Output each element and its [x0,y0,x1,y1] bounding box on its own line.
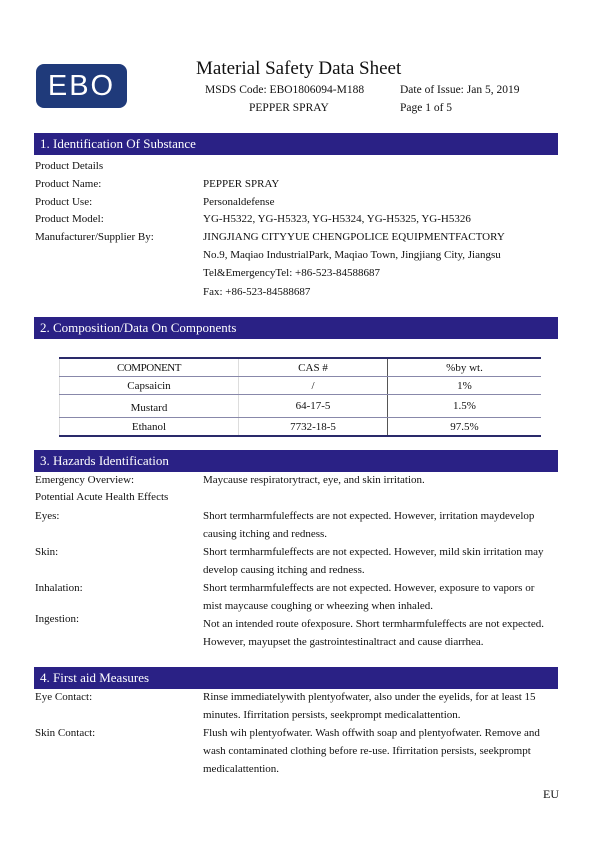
table-row: Ethanol 7732-18-5 97.5% [60,418,542,437]
eyes-text-1: Short termharmfuleffects are not expecte… [203,510,534,522]
cell-weight: 1% [388,377,542,395]
skin-contact-label: Skin Contact: [35,727,95,739]
product-use-label: Product Use: [35,196,92,208]
ingestion-text-1: Not an intended route ofexposure. Short … [203,618,544,630]
cell-component: Capsaicin [60,377,239,395]
header-weight: %by wt. [388,358,542,377]
region-label: EU [543,787,559,802]
skin-contact-text-1: Flush wih plentyofwater. Wash offwith so… [203,727,540,739]
inhalation-label: Inhalation: [35,582,83,594]
eyes-text-2: causing itching and redness. [203,528,327,540]
emergency-overview-label: Emergency Overview: [35,474,134,486]
document-title: Material Safety Data Sheet [196,58,401,80]
page-number: Page 1 of 5 [400,102,452,114]
msds-code: MSDS Code: EBO1806094-M188 [205,84,364,96]
cell-component: Ethanol [60,418,239,437]
inhalation-text-1: Short termharmfuleffects are not expecte… [203,582,534,594]
manufacturer-tel: Tel&EmergencyTel: +86-523-84588687 [203,267,380,279]
cell-cas: 64-17-5 [239,395,388,418]
cell-cas: 7732-18-5 [239,418,388,437]
manufacturer-fax: Fax: +86-523-84588687 [203,286,310,298]
skin-contact-text-3: medicalattention. [203,763,279,775]
product-name-value: PEPPER SPRAY [203,178,279,190]
emergency-overview-value: Maycause respiratorytract, eye, and skin… [203,474,425,486]
section-3-header: 3. Hazards Identification [34,450,558,472]
section-4-header: 4. First aid Measures [34,667,558,689]
ingestion-text-2: However, mayupset the gastrointestinaltr… [203,636,484,648]
header-cas: CAS # [239,358,388,377]
table-header-row: COMPONENT CAS # %by wt. [60,358,542,377]
inhalation-text-2: mist maycause coughing or wheezing when … [203,600,433,612]
cell-weight: 1.5% [388,395,542,418]
skin-text-2: develop causing itching and redness. [203,564,365,576]
manufacturer-value: JINGJIANG CITYYUE CHENGPOLICE EQUIPMENTF… [203,231,505,243]
product-model-value: YG-H5322, YG-H5323, YG-H5324, YG-H5325, … [203,213,471,225]
manufacturer-address: No.9, Maqiao IndustrialPark, Maqiao Town… [203,249,501,261]
product-model-label: Product Model: [35,213,104,225]
header-product: PEPPER SPRAY [249,102,329,114]
composition-table: COMPONENT CAS # %by wt. Capsaicin / 1% M… [59,357,541,437]
skin-contact-text-2: wash contaminated clothing before re-use… [203,745,531,757]
product-use-value: Personaldefense [203,196,274,208]
cell-cas: / [239,377,388,395]
eyes-label: Eyes: [35,510,59,522]
manufacturer-label: Manufacturer/Supplier By: [35,231,154,243]
potential-effects-label: Potential Acute Health Effects [35,491,168,503]
skin-text-1: Short termharmfuleffects are not expecte… [203,546,544,558]
eye-contact-text-2: minutes. Ifirritation persists, seekprom… [203,709,461,721]
product-name-label: Product Name: [35,178,101,190]
table-row: Mustard 64-17-5 1.5% [60,395,542,418]
table-row: Capsaicin / 1% [60,377,542,395]
eye-contact-label: Eye Contact: [35,691,92,703]
cell-component: Mustard [60,395,239,418]
ingestion-label: Ingestion: [35,613,79,625]
section-2-header: 2. Composition/Data On Components [34,317,558,339]
skin-label: Skin: [35,546,58,558]
date-of-issue: Date of Issue: Jan 5, 2019 [400,84,519,96]
product-details-label: Product Details [35,160,103,172]
cell-weight: 97.5% [388,418,542,437]
ebo-logo: EBO [36,64,127,108]
eye-contact-text-1: Rinse immediatelywith plentyofwater, als… [203,691,536,703]
section-1-header: 1. Identification Of Substance [34,133,558,155]
header-component: COMPONENT [60,358,239,377]
